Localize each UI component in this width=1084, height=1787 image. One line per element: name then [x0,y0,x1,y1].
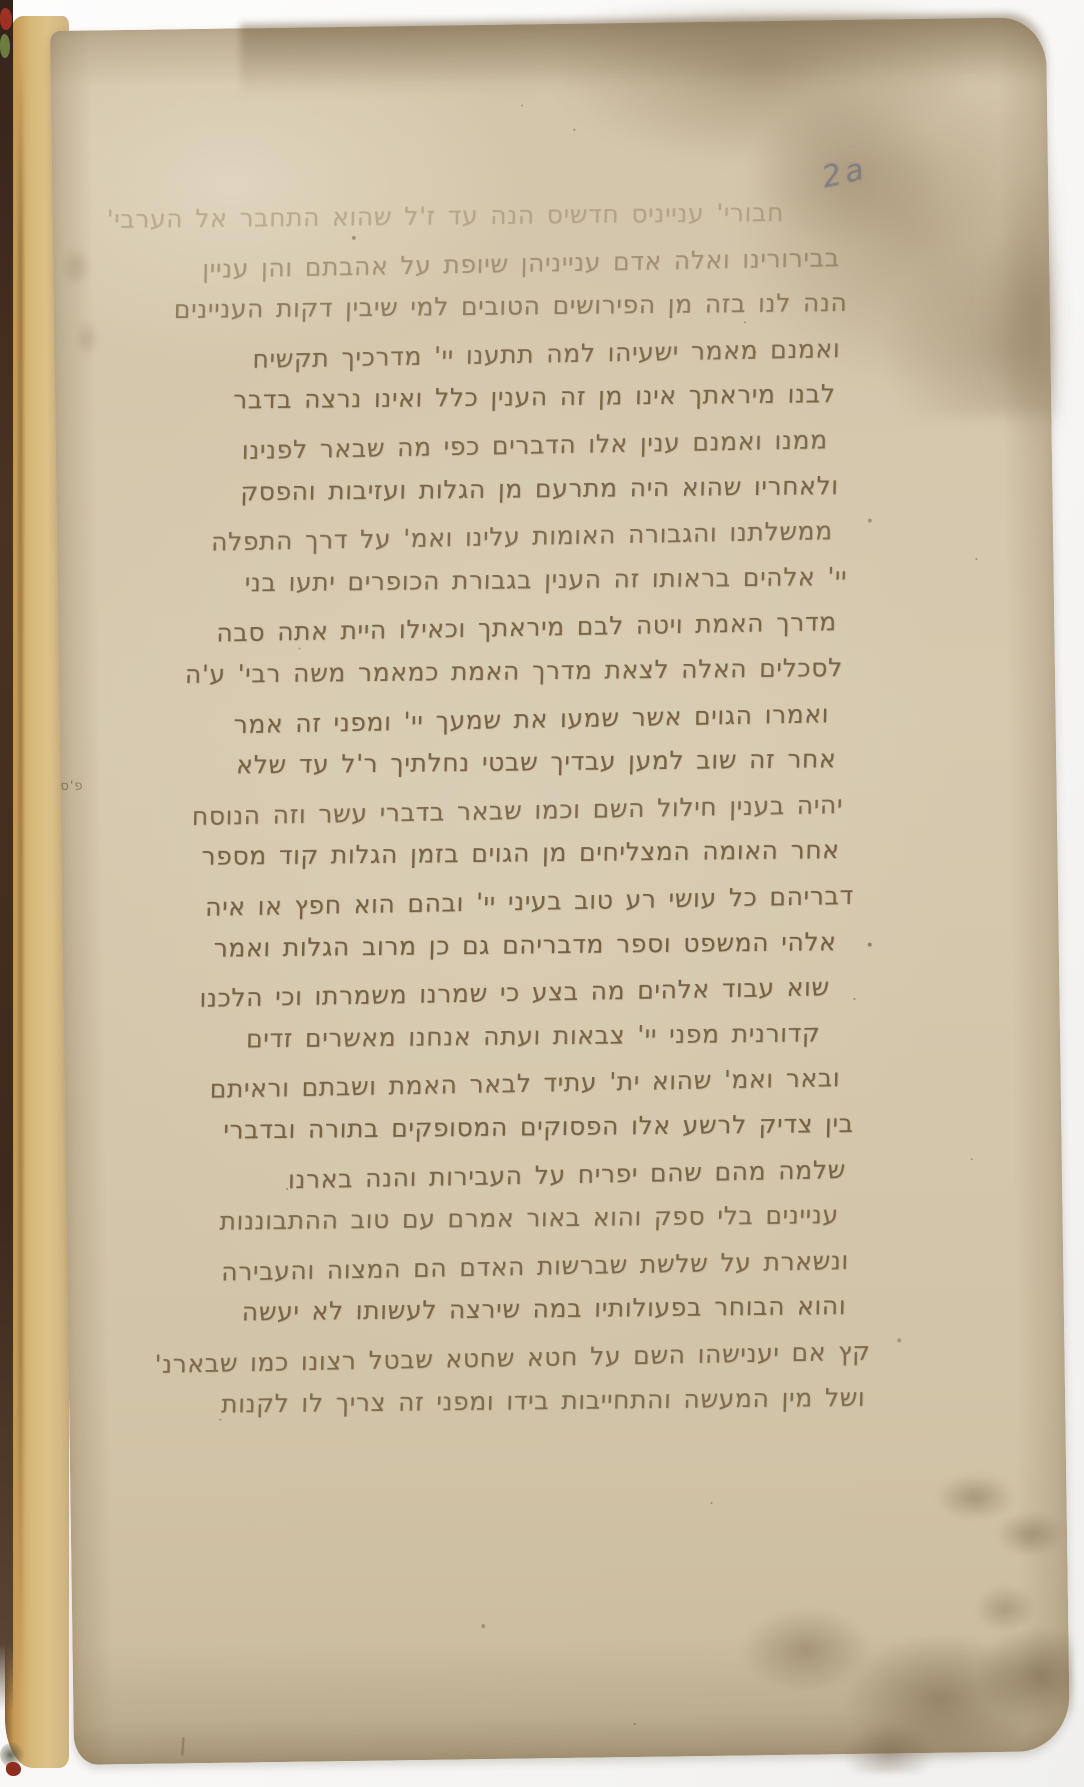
margin-gloss: פ'ס [60,779,83,794]
manuscript-line-3: הנה לנו בזה מן הפירושים הטובים למי שיבין… [174,290,848,322]
text-block: חבורי' ענייניס חדשיס הנה עד ז'ל שהוא התח… [50,17,1070,1765]
manuscript-line-27: ושל מין המעשה והתחייבות בידו ומפני זה צר… [221,1384,866,1416]
manuscript-line-18: שוא עבוד אלהים מה בצע כי שמרנו משמרתו וכ… [199,974,830,1011]
manuscript-line-24: ונשארת על שלשת שברשות האדם הם המצוה והעב… [221,1248,849,1285]
manuscript-line-14: יהיה בענין חילול השם וכמו שבאר בדברי עשר… [191,792,843,829]
manuscript-line-13: אחר זה שוב למען עבדיך שבטי נחלתיך ר'ל עד… [236,746,837,777]
manuscript-line-25: והוא הבוחר בפעולותיו במה שירצה לעשותו לא… [241,1293,846,1324]
book-spine-edge [0,0,13,1712]
manuscript-line-16: דבריהם כל עושי רע טוב בעיני יי' ובהם הוא… [205,883,854,920]
manuscript-line-6: ממנו ואמנם ענין אלו הדברים כפי מה שבאר ל… [242,427,828,463]
manuscript-line-21: בין צדיק לרשע אלו הפסוקים המסופקים בתורה… [223,1111,854,1143]
manuscript-line-8: ממשלתנו והגבורה האומות עלינו ואמ' על דרך… [211,518,833,554]
manuscript-line-17: אלהי המשפט וספר מדבריהם גם כן מרוב הגלות… [214,929,837,961]
manuscript-line-7: ולאחריו שהוא היה מתרעם מן הגלות ועזיבות … [240,473,839,504]
manuscript-line-26: קץ אם יענישהו השם על חטא שחטא שבטל רצונו… [154,1339,870,1377]
manuscript-line-15: אחר האומה המצליחים מן הגוים בזמן הגלות ק… [201,837,840,869]
manuscript-line-4: ואמנם מאמר ישעיהו למה תתענו יי' מדרכיך ת… [253,336,841,372]
manuscript-line-9: יי' אלהים בראותו זה הענין בגבורת הכופרים… [245,564,848,595]
manuscript-line-10: מדרך האמת ויטה לבם מיראתך וכאילו היית את… [216,610,837,646]
scanned-manuscript-photo: 2a חבורי' ענייניס חדשיס הנה עד ז'ל שהוא … [0,0,1084,1787]
manuscript-line-12: ואמרו הגוים אשר שמעו את שמעך יי' ומפני ז… [234,701,830,737]
manuscript-line-2: בבירורינו ואלה אדם ענייניהן שיופת על אהב… [202,245,840,282]
manuscript-line-23: עניינים בלי ספק והוא באור אמרם עם טוב הה… [219,1202,839,1233]
manuscript-line-19: קדורנית מפני יי' צבאות ועתה אנחנו מאשרים… [245,1020,820,1051]
binding-fleck-green [0,34,10,58]
manuscript-line-11: לסכלים האלה לצאת מדרך האמת כמאמר משה רבי… [185,655,843,687]
manuscript-line-1: חבורי' ענייניס חדשיס הנה עד ז'ל שהוא התח… [106,200,784,232]
manuscript-line-5: לבנו מיראתך אינו מן זה הענין כלל ואינו נ… [232,381,835,412]
manuscript-page: 2a חבורי' ענייניס חדשיס הנה עד ז'ל שהוא … [50,17,1070,1765]
binding-fleck-red-bottom [6,1762,21,1776]
manuscript-line-20: ובאר ואמ' שהוא ית' עתיד לבאר האמת ושבתם … [210,1065,841,1102]
binding-fleck-red [0,8,12,30]
manuscript-line-22: שלמה מהם שהם יפריח על העבירות והנה בארנו [288,1157,846,1192]
